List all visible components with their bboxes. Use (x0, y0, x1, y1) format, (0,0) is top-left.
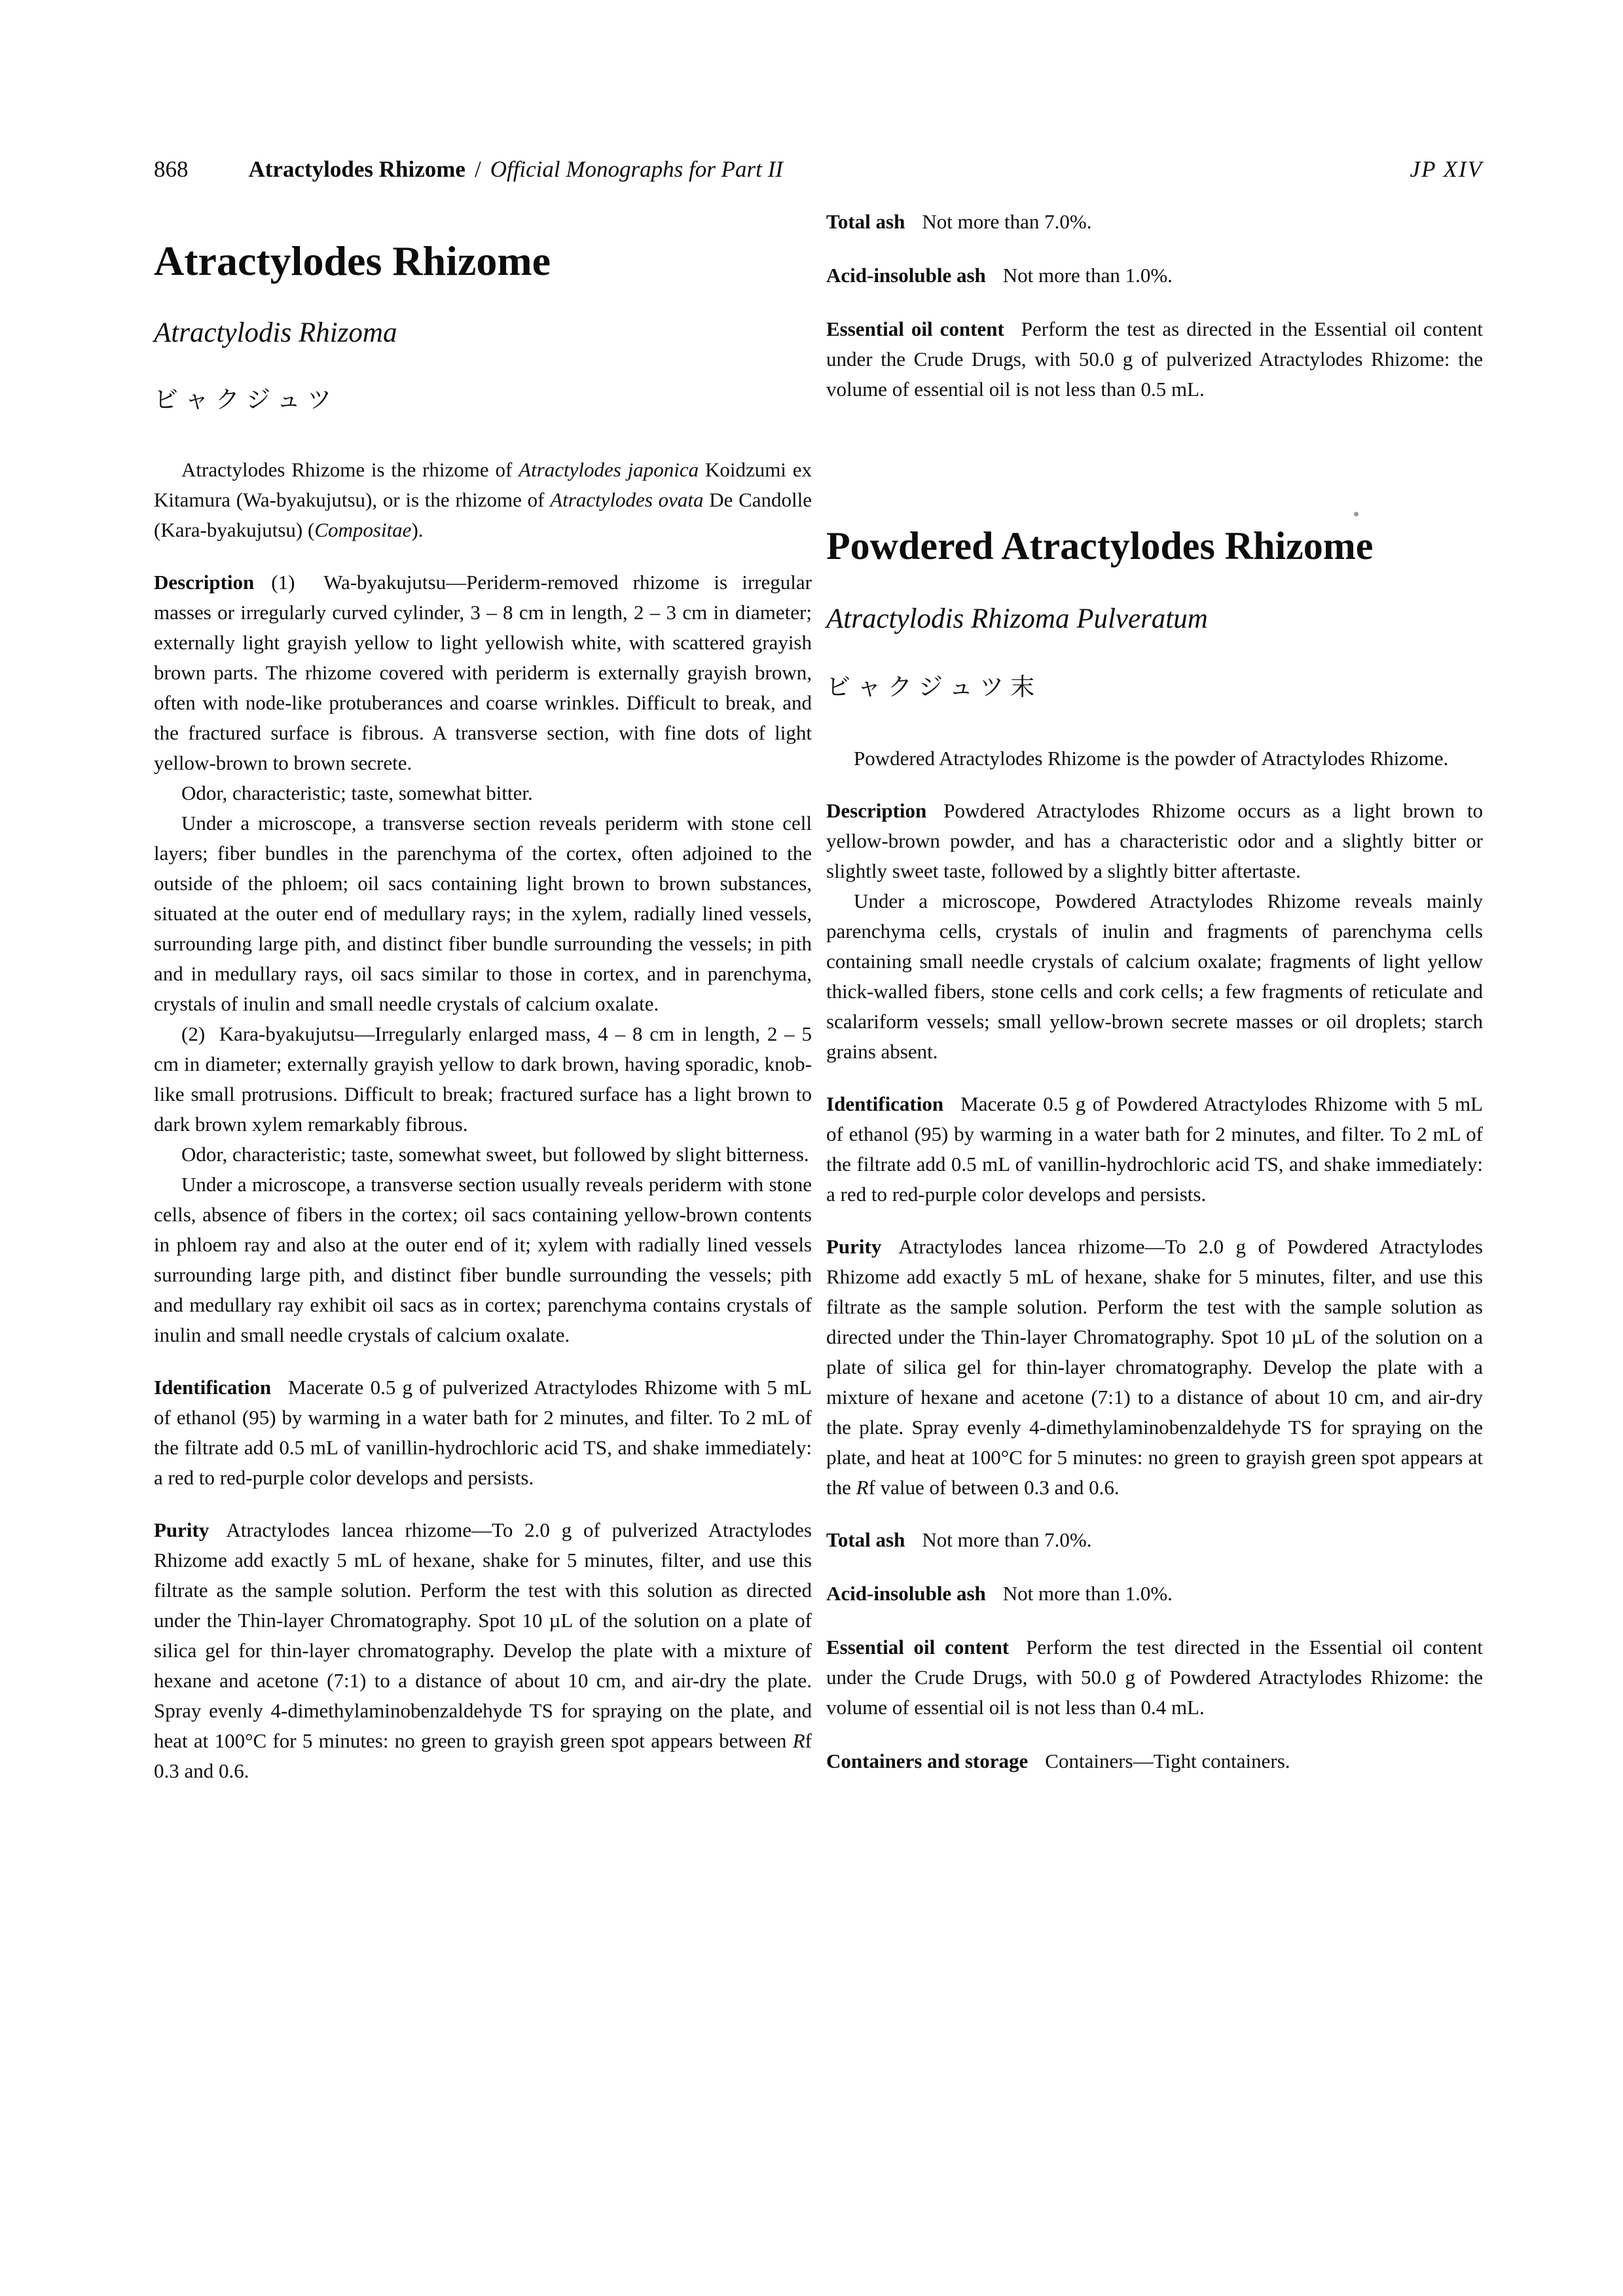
paragraph-odor-2: Odor, characteristic; taste, somewhat sw… (154, 1139, 812, 1170)
spec-total-ash-1: Total ashNot more than 7.0%. (826, 207, 1483, 237)
text-run: Atractylodes lancea rhizome—To 2.0 g of … (826, 1235, 1483, 1499)
scan-artifact-dot (1354, 512, 1359, 516)
edition-label: JP XIV (1410, 157, 1483, 182)
spec-total-ash-2: Total ashNot more than 7.0%. (826, 1525, 1483, 1555)
section-label: Purity (154, 1518, 209, 1541)
section-label: Total ash (826, 210, 905, 233)
text-run: Atractylodes ovata (550, 488, 703, 511)
japanese-name: ビャクジュツ (154, 387, 812, 414)
text-run: Atractylodes japonica (519, 458, 699, 481)
header-separator: / (475, 157, 481, 182)
text-run: f value of between 0.3 and 0.6. (869, 1476, 1120, 1499)
latin-name: Atractylodis Rhizoma (154, 317, 812, 349)
text-run: Atractylodes Rhizome is the rhizome of (181, 458, 519, 481)
text-run: Containers—Tight containers. (1045, 1749, 1290, 1772)
text-run: Odor, characteristic; taste, somewhat bi… (181, 781, 533, 804)
intro-paragraph-powdered: Powdered Atractylodes Rhizome is the pow… (826, 744, 1483, 774)
section-essential-oil-1: Essential oil contentPerform the test as… (826, 314, 1483, 404)
section-label: Acid-insoluble ash (826, 1582, 986, 1605)
paragraph-microscope-2: Under a microscope, a transverse section… (154, 1170, 812, 1350)
text-run: R (793, 1729, 805, 1752)
text-run: Powdered Atractylodes Rhizome is the pow… (854, 747, 1448, 770)
text-run: (2) Kara-byakujutsu—Irregularly enlarged… (154, 1022, 812, 1136)
text-run: Under a microscope, a transverse section… (154, 812, 812, 1015)
section-label: Identification (154, 1376, 271, 1399)
section-label: Acid-insoluble ash (826, 264, 986, 287)
running-subtitle: Official Monographs for Part II (490, 157, 783, 182)
section-purity: PurityAtractylodes lancea rhizome—To 2.0… (154, 1515, 812, 1786)
section-essential-oil-2: Essential oil contentPerform the test di… (826, 1632, 1483, 1723)
section-label: Purity (826, 1235, 881, 1258)
page-number: 868 (154, 157, 189, 182)
latin-name-powdered: Atractylodis Rhizoma Pulveratum (826, 603, 1483, 635)
section-label: Containers and storage (826, 1749, 1028, 1772)
text-run: Not more than 7.0%. (922, 1528, 1091, 1551)
section-containers-storage: Containers and storageContainers—Tight c… (826, 1746, 1483, 1776)
paragraph-kara-byakujutsu: (2) Kara-byakujutsu—Irregularly enlarged… (154, 1019, 812, 1139)
section-label: Description (826, 799, 926, 822)
paragraph-odor-1: Odor, characteristic; taste, somewhat bi… (154, 778, 812, 808)
text-run: Not more than 1.0%. (1003, 264, 1173, 287)
spec-acid-insoluble-ash-1: Acid-insoluble ashNot more than 1.0%. (826, 260, 1483, 291)
paragraph-microscope-1: Under a microscope, a transverse section… (154, 808, 812, 1019)
page-header: 868 Atractylodes Rhizome / Official Mono… (154, 157, 1483, 182)
paragraph-microscope-powdered: Under a microscope, Powdered Atractylode… (826, 886, 1483, 1067)
text-run: Atractylodes lancea rhizome—To 2.0 g of … (154, 1518, 812, 1752)
two-column-layout: Atractylodes RhizomeAtractylodis Rhizoma… (154, 202, 1483, 1786)
text-run: (1) Wa-byakujutsu—Periderm-removed rhizo… (154, 571, 812, 774)
section-label: Essential oil content (826, 317, 1004, 340)
text-run: Not more than 1.0%. (1003, 1582, 1173, 1605)
section-label: Essential oil content (826, 1636, 1009, 1659)
document-page: 868 Atractylodes Rhizome / Official Mono… (0, 0, 1623, 2296)
section-label: Total ash (826, 1528, 905, 1551)
japanese-name-powdered: ビャクジュツ末 (826, 674, 1483, 702)
section-identification-powdered: IdentificationMacerate 0.5 g of Powdered… (826, 1089, 1483, 1210)
section-description: Description(1) Wa-byakujutsu—Periderm-re… (154, 567, 812, 778)
text-run: R (856, 1476, 869, 1499)
section-label: Identification (826, 1092, 943, 1115)
monograph-title-powdered: Powdered Atractylodes Rhizome (826, 522, 1483, 569)
monograph-title: Atractylodes Rhizome (154, 238, 812, 285)
section-purity-powdered: PurityAtractylodes lancea rhizome—To 2.0… (826, 1232, 1483, 1503)
spec-acid-insoluble-ash-2: Acid-insoluble ashNot more than 1.0%. (826, 1579, 1483, 1609)
running-title: Atractylodes Rhizome (249, 157, 465, 182)
text-run: Not more than 7.0%. (922, 210, 1091, 233)
text-run: ). (411, 518, 423, 541)
right-column: Total ashNot more than 7.0%.Acid-insolub… (826, 202, 1483, 1786)
text-run: Compositae (314, 518, 411, 541)
left-column: Atractylodes RhizomeAtractylodis Rhizoma… (154, 202, 812, 1786)
text-run: Odor, characteristic; taste, somewhat sw… (181, 1143, 809, 1166)
section-identification: IdentificationMacerate 0.5 g of pulveriz… (154, 1372, 812, 1493)
text-run: Under a microscope, Powdered Atractylode… (826, 889, 1483, 1063)
section-label: Description (154, 571, 254, 594)
text-run: Under a microscope, a transverse section… (154, 1173, 812, 1346)
section-description-powdered: DescriptionPowdered Atractylodes Rhizome… (826, 796, 1483, 886)
intro-paragraph: Atractylodes Rhizome is the rhizome of A… (154, 455, 812, 545)
